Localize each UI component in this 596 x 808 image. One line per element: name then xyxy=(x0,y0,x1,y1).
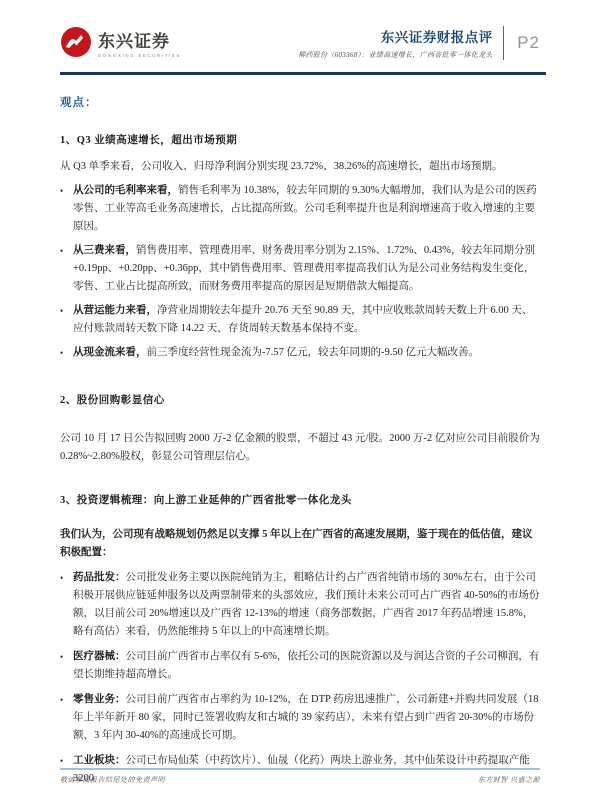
bullet-body: 前三季度经营性现金流为-7.57 亿元，较去年同期的-9.50 亿元大幅改善。 xyxy=(147,347,480,358)
list-item: • 零售业务：公司目前广西省市占率约为 10-12%，在 DTP 药房迅速推广，… xyxy=(60,691,540,745)
bullet-text: 医疗器械：公司目前广西省市占率仅有 5-6%，依托公司的医院资源以及与润达合资的… xyxy=(73,648,540,684)
report-type-title: 东兴证券财报点评 xyxy=(298,26,493,46)
brand-name-cn: 东兴证券 xyxy=(98,27,181,52)
section-buyback: 2、股份回购彰显信心 公司 10 月 17 日公告拟回购 2000 万-2 亿金… xyxy=(60,392,540,466)
section-3-intro: 我们认为，公司现有战略规划仍然足以支撑 5 年以上在广西省的高速发展期，鉴于现在… xyxy=(60,526,540,562)
footer-disclaimer: 敬请参阅报告结尾处的免责声明 xyxy=(60,775,165,785)
header-right: 东兴证券财报点评 柳药股份（603368）：业绩高速增长，广西省批零一体化龙头 … xyxy=(298,26,540,60)
bullet-text: 从现金流来看，前三季度经营性现金流为-7.57 亿元，较去年同期的-9.50 亿… xyxy=(73,344,540,362)
bullet-lead: 从营运能力来看， xyxy=(73,305,157,316)
bullet-text: 从三费来看，销售费用率、管理费用率、财务费用率分别为 2.15%、1.72%、0… xyxy=(73,242,540,296)
list-item: • 医疗器械：公司目前广西省市占率仅有 5-6%，依托公司的医院资源以及与润达合… xyxy=(60,648,540,684)
page-footer: 敬请参阅报告结尾处的免责声明 东方财智 兴盛之源 xyxy=(60,768,540,785)
section-2-paragraph: 公司 10 月 17 日公告拟回购 2000 万-2 亿金额的股票，不超过 43… xyxy=(60,430,540,466)
report-page: 东兴证券 DONGXING SECURITIES 东兴证券财报点评 柳药股份（6… xyxy=(0,0,596,808)
bullet-lead: 药品批发： xyxy=(73,572,126,583)
list-item: • 从三费来看，销售费用率、管理费用率、财务费用率分别为 2.15%、1.72%… xyxy=(60,242,540,296)
bullet-icon: • xyxy=(60,302,73,338)
footer-slogan: 东方财智 兴盛之源 xyxy=(478,775,540,785)
bullet-text: 从公司的毛利率来看，销售毛利率为 10.38%，较去年同期的 9.30%大幅增加… xyxy=(73,182,540,236)
bullet-icon: • xyxy=(60,182,73,236)
bullet-icon: • xyxy=(60,648,73,684)
bullet-icon: • xyxy=(60,569,73,641)
section-1-intro: 从 Q3 单季来看，公司收入、归母净利润分别实现 23.72%、38.26%的高… xyxy=(60,158,540,176)
page-number: P2 xyxy=(504,33,540,53)
section-investment-logic: 3、投资逻辑梳理：向上游工业延伸的广西省批零一体化龙头 我们认为，公司现有战略规… xyxy=(60,492,540,788)
viewpoint-label: 观点： xyxy=(60,94,540,112)
report-meta: 东兴证券财报点评 柳药股份（603368）：业绩高速增长，广西省批零一体化龙头 xyxy=(298,26,503,60)
bullet-body: 公司目前广西省市占率约为 10-12%，在 DTP 药房迅速推广，公司新建+并购… xyxy=(73,694,539,741)
section-1-heading: 1、Q3 业绩高速增长，超出市场预期 xyxy=(60,132,540,150)
section-3-heading: 3、投资逻辑梳理：向上游工业延伸的广西省批零一体化龙头 xyxy=(60,492,540,510)
dongxing-circle-logo-icon xyxy=(60,26,92,58)
report-subtitle: 柳药股份（603368）：业绩高速增长，广西省批零一体化龙头 xyxy=(298,50,493,60)
section-q3-results: 1、Q3 业绩高速增长，超出市场预期 从 Q3 单季来看，公司收入、归母净利润分… xyxy=(60,132,540,362)
bullet-body: 销售费用率、管理费用率、财务费用率分别为 2.15%、1.72%、0.43%，较… xyxy=(73,245,535,292)
brand-name-en: DONGXING SECURITIES xyxy=(98,53,181,58)
brand-text: 东兴证券 DONGXING SECURITIES xyxy=(98,27,181,58)
bullet-body: 公司目前广西省市占率仅有 5-6%，依托公司的医院资源以及与润达合资的子公司柳润… xyxy=(73,651,539,680)
page-header: 东兴证券 DONGXING SECURITIES 东兴证券财报点评 柳药股份（6… xyxy=(60,26,540,68)
bullet-lead: 医疗器械： xyxy=(73,651,126,662)
report-body: 观点： 1、Q3 业绩高速增长，超出市场预期 从 Q3 单季来看，公司收入、归母… xyxy=(60,75,540,788)
list-item: • 从现金流来看，前三季度经营性现金流为-7.57 亿元，较去年同期的-9.50… xyxy=(60,344,540,362)
bullet-text: 从营运能力来看，净营业周期较去年提升 20.76 天至 90.89 天，其中应收… xyxy=(73,302,540,338)
section-2-heading: 2、股份回购彰显信心 xyxy=(60,392,540,410)
bullet-lead: 从现金流来看， xyxy=(73,347,147,358)
list-item: • 药品批发：公司批发业务主要以医院纯销为主，粗略估计约占广西省纯销市场的 30… xyxy=(60,569,540,641)
bullet-lead: 从三费来看， xyxy=(73,245,136,256)
bullet-lead: 从公司的毛利率来看， xyxy=(73,185,178,196)
brand-logo: 东兴证券 DONGXING SECURITIES xyxy=(60,26,181,58)
bullet-icon: • xyxy=(60,344,73,362)
bullet-lead: 工业板块： xyxy=(73,755,126,766)
list-item: • 从公司的毛利率来看，销售毛利率为 10.38%，较去年同期的 9.30%大幅… xyxy=(60,182,540,236)
bullet-body: 公司批发业务主要以医院纯销为主，粗略估计约占广西省纯销市场的 30%左右，由于公… xyxy=(73,572,539,637)
bullet-text: 零售业务：公司目前广西省市占率约为 10-12%，在 DTP 药房迅速推广，公司… xyxy=(73,691,540,745)
bullet-text: 药品批发：公司批发业务主要以医院纯销为主，粗略估计约占广西省纯销市场的 30%左… xyxy=(73,569,540,641)
bullet-icon: • xyxy=(60,242,73,296)
list-item: • 从营运能力来看，净营业周期较去年提升 20.76 天至 90.89 天，其中… xyxy=(60,302,540,338)
bullet-lead: 零售业务： xyxy=(73,694,126,705)
bullet-icon: • xyxy=(60,691,73,745)
